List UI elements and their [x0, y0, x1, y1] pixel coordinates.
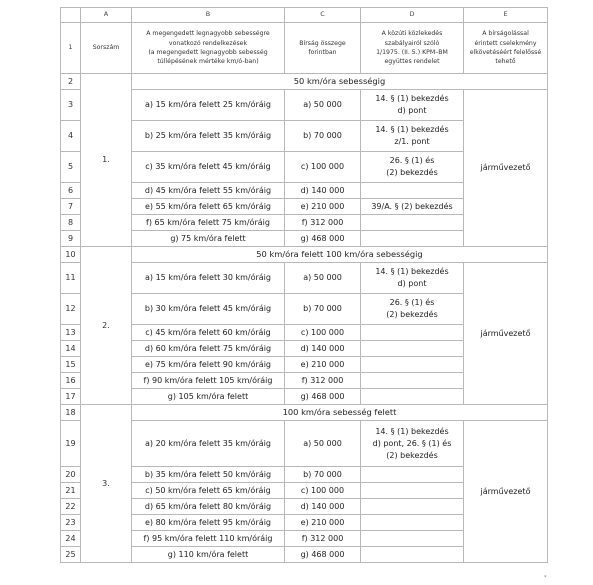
serial-number: 3. — [81, 405, 132, 563]
row-number: 16 — [61, 373, 81, 389]
column-letter-row: A B C D E — [61, 8, 548, 23]
fine-amount: e) 210 000 — [285, 515, 361, 531]
fine-amount: e) 210 000 — [285, 199, 361, 215]
fine-row: 19a) 20 km/óra felett 35 km/óráiga) 50 0… — [61, 421, 548, 467]
responsible-party: járművezető — [464, 90, 548, 247]
regulation-reference — [361, 483, 464, 499]
row-number: 5 — [61, 152, 81, 183]
header-regulation: A közúti közlekedésszabályairól szóló1/1… — [361, 23, 464, 74]
speed-range: c) 50 km/óra felett 65 km/óráig — [132, 483, 285, 499]
section-header-row: 102.50 km/óra felett 100 km/óra sebesség… — [61, 247, 548, 263]
fine-amount: c) 100 000 — [285, 483, 361, 499]
responsible-party: járművezető — [464, 263, 548, 405]
regulation-reference — [361, 183, 464, 199]
row-number: 23 — [61, 515, 81, 531]
regulation-reference: 14. § (1) bekezdésd) pont — [361, 90, 464, 121]
regulation-reference — [361, 531, 464, 547]
column-letter-blank — [61, 8, 81, 23]
speed-range: d) 60 km/óra felett 75 km/óráig — [132, 341, 285, 357]
section-title: 50 km/óra felett 100 km/óra sebességig — [132, 247, 548, 263]
speed-range: d) 45 km/óra felett 55 km/óráig — [132, 183, 285, 199]
speed-range: g) 105 km/óra felett — [132, 389, 285, 405]
header-serial: Sorszám — [81, 23, 132, 74]
header-row: 1 Sorszám A megengedett legnagyobb sebes… — [61, 23, 548, 74]
fine-amount: f) 312 000 — [285, 373, 361, 389]
speed-range: b) 30 km/óra felett 45 km/óráig — [132, 294, 285, 325]
row-number: 22 — [61, 499, 81, 515]
header-responsible: A bírságolássalérintett cselekményelköve… — [464, 23, 548, 74]
row-number: 12 — [61, 294, 81, 325]
regulation-reference: 14. § (1) bekezdésd) pont — [361, 263, 464, 294]
speed-range: a) 15 km/óra felett 30 km/óráig — [132, 263, 285, 294]
column-letter-a: A — [81, 8, 132, 23]
fine-amount: a) 50 000 — [285, 263, 361, 294]
speed-range: c) 45 km/óra felett 60 km/óráig — [132, 325, 285, 341]
row-number: 9 — [61, 231, 81, 247]
speed-range: g) 110 km/óra felett — [132, 547, 285, 563]
regulation-reference — [361, 547, 464, 563]
row-number: 4 — [61, 121, 81, 152]
speed-range: a) 15 km/óra felett 25 km/óráig — [132, 90, 285, 121]
fine-amount: g) 468 000 — [285, 389, 361, 405]
fine-amount: b) 70 000 — [285, 467, 361, 483]
fine-table: A B C D E 1 Sorszám A megengedett legnag… — [60, 7, 548, 563]
row-number: 1 — [61, 23, 81, 74]
fine-amount: b) 70 000 — [285, 294, 361, 325]
footnote-mark: * — [544, 575, 547, 581]
header-fine-amount: Bírság összegeforintban — [285, 23, 361, 74]
speed-range: f) 95 km/óra felett 110 km/óráig — [132, 531, 285, 547]
row-number: 8 — [61, 215, 81, 231]
row-number: 2 — [61, 74, 81, 90]
section-title: 100 km/óra sebesség felett — [132, 405, 548, 421]
section-title: 50 km/óra sebességig — [132, 74, 548, 90]
speed-range: a) 20 km/óra felett 35 km/óráig — [132, 421, 285, 467]
speed-range: c) 35 km/óra felett 45 km/óráig — [132, 152, 285, 183]
fine-amount: c) 100 000 — [285, 152, 361, 183]
section-header-row: 183.100 km/óra sebesség felett — [61, 405, 548, 421]
row-number: 21 — [61, 483, 81, 499]
column-letter-c: C — [285, 8, 361, 23]
row-number: 25 — [61, 547, 81, 563]
regulation-reference — [361, 325, 464, 341]
regulation-reference: 26. § (1) és(2) bekezdés — [361, 152, 464, 183]
row-number: 7 — [61, 199, 81, 215]
column-letter-e: E — [464, 8, 548, 23]
fine-amount: d) 140 000 — [285, 341, 361, 357]
speed-range: e) 80 km/óra felett 95 km/óráig — [132, 515, 285, 531]
regulation-reference: 26. § (1) és(2) bekezdés — [361, 294, 464, 325]
regulation-reference — [361, 373, 464, 389]
column-letter-b: B — [132, 8, 285, 23]
row-number: 3 — [61, 90, 81, 121]
fine-amount: e) 210 000 — [285, 357, 361, 373]
row-number: 24 — [61, 531, 81, 547]
regulation-reference: 39/A. § (2) bekezdés — [361, 199, 464, 215]
regulation-reference — [361, 215, 464, 231]
regulation-reference — [361, 357, 464, 373]
column-letter-d: D — [361, 8, 464, 23]
speed-range: b) 25 km/óra felett 35 km/óráig — [132, 121, 285, 152]
serial-number: 2. — [81, 247, 132, 405]
row-number: 17 — [61, 389, 81, 405]
fine-amount: f) 312 000 — [285, 531, 361, 547]
regulation-reference — [361, 341, 464, 357]
row-number: 14 — [61, 341, 81, 357]
speed-range: g) 75 km/óra felett — [132, 231, 285, 247]
serial-number: 1. — [81, 74, 132, 247]
fine-amount: a) 50 000 — [285, 90, 361, 121]
fine-amount: g) 468 000 — [285, 231, 361, 247]
header-speed-provisions: A megengedett legnagyobb sebességrevonat… — [132, 23, 285, 74]
fine-amount: g) 468 000 — [285, 547, 361, 563]
speed-range: b) 35 km/óra felett 50 km/óráig — [132, 467, 285, 483]
regulation-reference — [361, 231, 464, 247]
regulation-reference — [361, 515, 464, 531]
row-number: 10 — [61, 247, 81, 263]
speed-range: d) 65 km/óra felett 80 km/óráig — [132, 499, 285, 515]
row-number: 19 — [61, 421, 81, 467]
fine-row: 3a) 15 km/óra felett 25 km/óráiga) 50 00… — [61, 90, 548, 121]
fine-amount: a) 50 000 — [285, 421, 361, 467]
fine-amount: b) 70 000 — [285, 121, 361, 152]
fine-amount: d) 140 000 — [285, 499, 361, 515]
fine-amount: c) 100 000 — [285, 325, 361, 341]
regulation-reference — [361, 467, 464, 483]
row-number: 6 — [61, 183, 81, 199]
fine-row: 11a) 15 km/óra felett 30 km/óráiga) 50 0… — [61, 263, 548, 294]
speed-range: f) 90 km/óra felett 105 km/óráig — [132, 373, 285, 389]
speed-range: e) 55 km/óra felett 65 km/óráig — [132, 199, 285, 215]
speed-range: f) 65 km/óra felett 75 km/óráig — [132, 215, 285, 231]
row-number: 13 — [61, 325, 81, 341]
row-number: 18 — [61, 405, 81, 421]
fine-amount: f) 312 000 — [285, 215, 361, 231]
row-number: 15 — [61, 357, 81, 373]
regulation-reference — [361, 499, 464, 515]
fine-amount: d) 140 000 — [285, 183, 361, 199]
regulation-reference — [361, 389, 464, 405]
section-header-row: 21.50 km/óra sebességig — [61, 74, 548, 90]
regulation-reference: 14. § (1) bekezdész/1. pont — [361, 121, 464, 152]
row-number: 11 — [61, 263, 81, 294]
responsible-party: járművezető — [464, 421, 548, 563]
speed-range: e) 75 km/óra felett 90 km/óráig — [132, 357, 285, 373]
regulation-reference: 14. § (1) bekezdésd) pont, 26. § (1) és(… — [361, 421, 464, 467]
row-number: 20 — [61, 467, 81, 483]
